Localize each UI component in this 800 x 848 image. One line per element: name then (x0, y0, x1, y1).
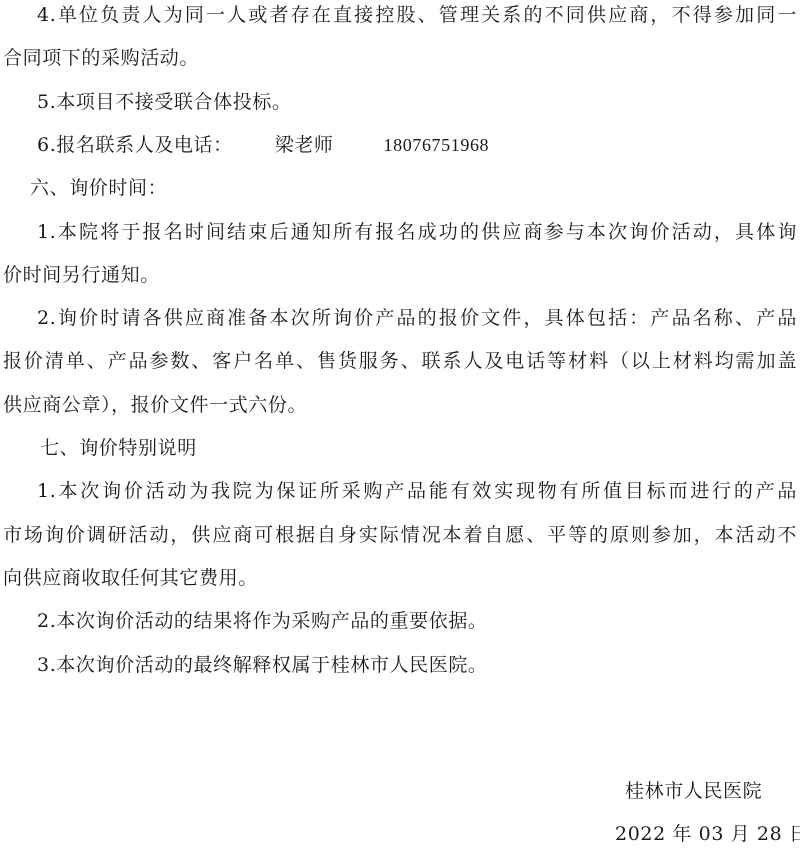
section-6-item-2-line-3: 供应商公章），报价文件一式六份。 (3, 394, 307, 416)
section-7-heading: 七、询价特别说明 (40, 437, 197, 459)
contact-phone: 18076751968 (384, 135, 490, 155)
section-6-item-1-line-2: 价时间另行通知。 (3, 264, 160, 286)
section-6-item-2-line-2: 报价清单、产品参数、客户名单、售货服务、联系人及电话等材料（以上材料均需加盖 (3, 350, 797, 372)
contact-name: 梁老师 (275, 134, 334, 156)
paragraph-4-line-2: 合同项下的采购活动。 (3, 47, 199, 69)
contact-label: 6.报名联系人及电话： (37, 134, 233, 156)
signature-date: 2022 年 03 月 28 日 (615, 823, 800, 845)
section-7-item-2: 2.本次询价活动的结果将作为采购产品的重要依据。 (37, 610, 488, 632)
section-6-item-2-line-1: 2.询价时请各供应商准备本次所询价产品的报价文件，具体包括：产品名称、产品 (37, 307, 797, 329)
section-6-heading: 六、询价时间： (30, 177, 167, 199)
signature-organization: 桂林市人民医院 (625, 780, 762, 802)
paragraph-4-line-1: 4.单位负责人为同一人或者存在直接控股、管理关系的不同供应商，不得参加同一 (37, 4, 797, 26)
paragraph-5: 5.本项目不接受联合体投标。 (37, 91, 292, 113)
section-7-item-1-line-2: 市场询价调研活动，供应商可根据自身实际情况本着自愿、平等的原则参加，本活动不 (3, 524, 797, 546)
section-6-item-1-line-1: 1.本院将于报名时间结束后通知所有报名成功的供应商参与本次询价活动，具体询 (37, 221, 797, 243)
paragraph-6-contact: 6.报名联系人及电话：梁老师18076751968 (37, 134, 489, 156)
section-7-item-3: 3.本次询价活动的最终解释权属于桂林市人民医院。 (37, 654, 488, 676)
section-7-item-1-line-1: 1.本次询价活动为我院为保证所采购产品能有效实现物有所值目标而进行的产品 (37, 480, 797, 502)
section-7-item-1-line-3: 向供应商收取任何其它费用。 (3, 567, 258, 589)
